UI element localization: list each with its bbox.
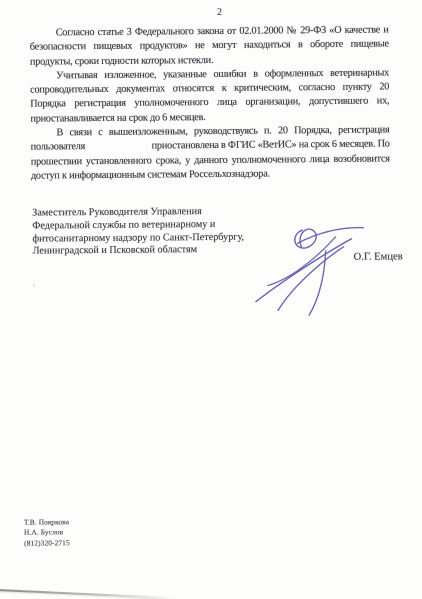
contact-line: Н.А. Буслов (24, 528, 70, 539)
executor-contacts: Т.В. Пояркова Н.А. Буслов (812)320-2715 (24, 517, 70, 548)
paragraph-suspension-decision: В связи с вышеизложенным, руководствуясь… (30, 124, 389, 184)
contact-line: Т.В. Пояркова (24, 517, 70, 528)
scan-speck (33, 285, 35, 287)
contact-line: (812)320-2715 (24, 538, 70, 549)
text-fragment: пользователя (31, 140, 86, 155)
signature-stroke (295, 229, 317, 248)
page-content: 2 Согласно статье 3 Федерального закона … (0, 0, 422, 599)
page-number: 2 (0, 5, 420, 20)
text-line: доступ к информационным системам Россель… (31, 166, 390, 183)
letter-body: Согласно статье 3 Федерального закона от… (30, 23, 390, 183)
text-fragment: приостановлена в ФГИС «ВетИС» на срок 6 … (152, 138, 390, 154)
paragraph-law-reference: Согласно статье 3 Федерального закона от… (30, 23, 389, 69)
scanned-letter-page: 2 Согласно статье 3 Федерального закона … (0, 0, 422, 599)
signer-name: О.Г. Емцев (354, 251, 420, 263)
paragraph-critical-errors: Учитывая изложенное, указанные ошибки в … (30, 66, 389, 126)
handwritten-signature (239, 217, 375, 318)
